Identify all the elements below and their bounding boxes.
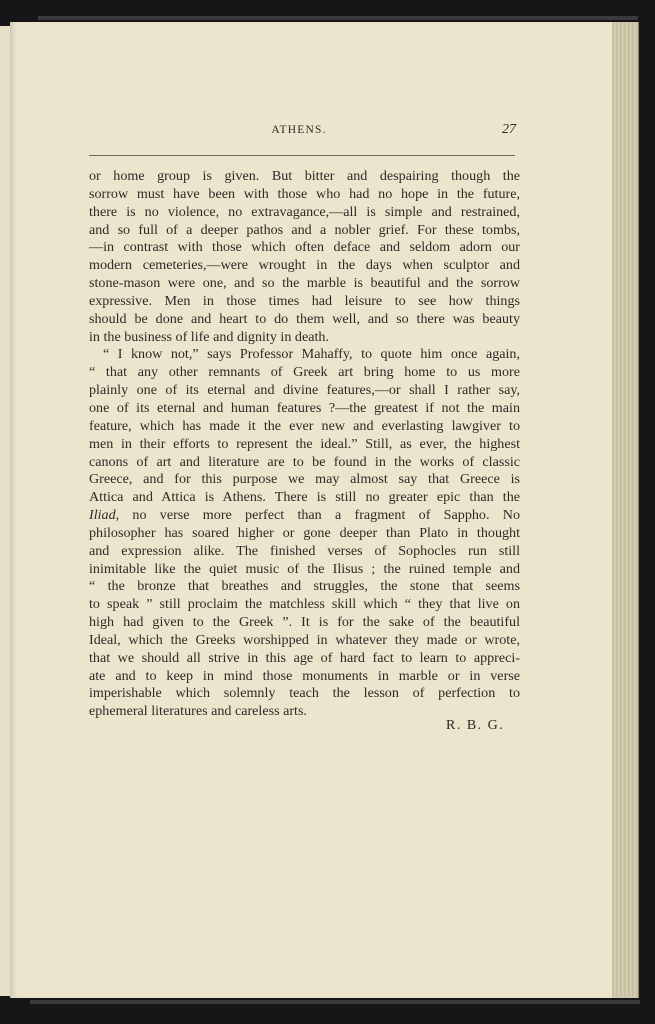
text-line: in the business of life and dignity in d… <box>89 329 520 347</box>
text-line-content: to speak ” still proclaim the matchless … <box>89 596 520 614</box>
cover-bottom-edge <box>30 1000 640 1004</box>
text-line: plainly one of its eternal and divine fe… <box>89 382 520 400</box>
text-line: Attica and Attica is Athens. There is st… <box>89 489 520 507</box>
text-line-content: should be done and heart to do them well… <box>89 311 520 329</box>
text-line-content: expressive. Men in those times had leisu… <box>89 293 520 311</box>
text-line-content: plainly one of its eternal and divine fe… <box>89 382 520 400</box>
text-line-content: in the business of life and dignity in d… <box>89 329 520 347</box>
text-line-content: imperishable which solemnly teach the le… <box>89 685 520 703</box>
text-line-content: and so full of a deeper pathos and a nob… <box>89 222 520 240</box>
text-line: feature, which has made it the ever new … <box>89 418 520 436</box>
text-line: should be done and heart to do them well… <box>89 311 520 329</box>
text-line-content: or home group is given. But bitter and d… <box>89 168 520 186</box>
text-line: there is no violence, no extravagance,—a… <box>89 204 520 222</box>
text-line: Greece, and for this purpose we may almo… <box>89 471 520 489</box>
text-line-content: and expression alike. The finished verse… <box>89 543 520 561</box>
text-line-content: that we should all strive in this age of… <box>89 650 520 668</box>
text-line: stone-mason were one, and so the marble … <box>89 275 520 293</box>
text-line-content: “ the bronze that breathes and struggles… <box>89 578 520 596</box>
text-line: “ that any other remnants of Greek art b… <box>89 364 520 382</box>
text-line: “ the bronze that breathes and struggles… <box>89 578 520 596</box>
text-line-content: stone-mason were one, and so the marble … <box>89 275 520 293</box>
text-line: high had given to the Greek ”. It is for… <box>89 614 520 632</box>
page-stack-fore-edge <box>610 22 639 998</box>
cover-top-edge <box>38 16 638 20</box>
text-line: expressive. Men in those times had leisu… <box>89 293 520 311</box>
text-line: Iliad, no verse more perfect than a frag… <box>89 507 520 525</box>
text-line-content: “ that any other remnants of Greek art b… <box>89 364 520 382</box>
text-line-content: “ I know not,” says Professor Mahaffy, t… <box>103 346 520 364</box>
text-line: ate and to keep in mind those monuments … <box>89 668 520 686</box>
text-line: imperishable which solemnly teach the le… <box>89 685 520 703</box>
text-line-content: Greece, and for this purpose we may almo… <box>89 471 520 489</box>
text-line-content: there is no violence, no extravagance,—a… <box>89 204 520 222</box>
text-line: or home group is given. But bitter and d… <box>89 168 520 186</box>
text-line-content: ate and to keep in mind those monuments … <box>89 668 520 686</box>
text-line-content: men in their efforts to represent the id… <box>89 436 520 454</box>
text-line: to speak ” still proclaim the matchless … <box>89 596 520 614</box>
text-line: and so full of a deeper pathos and a nob… <box>89 222 520 240</box>
text-line-content: modern cemeteries,—were wrought in the d… <box>89 257 520 275</box>
text-line: modern cemeteries,—were wrought in the d… <box>89 257 520 275</box>
author-signature: R. B. G. <box>446 718 504 734</box>
text-line-content: high had given to the Greek ”. It is for… <box>89 614 520 632</box>
text-line: —in contrast with those which often defa… <box>89 239 520 257</box>
text-line-content: feature, which has made it the ever new … <box>89 418 520 436</box>
text-line: Ideal, which the Greeks worshipped in wh… <box>89 632 520 650</box>
text-line: that we should all strive in this age of… <box>89 650 520 668</box>
page-number: 27 <box>502 122 516 138</box>
text-line-content: one of its eternal and human features ?—… <box>89 400 520 418</box>
text-line-content: Ideal, which the Greeks worshipped in wh… <box>89 632 520 650</box>
text-line: men in their efforts to represent the id… <box>89 436 520 454</box>
text-line-content: sorrow must have been with those who had… <box>89 186 520 204</box>
body-text: or home group is given. But bitter and d… <box>89 168 520 721</box>
text-line: one of its eternal and human features ?—… <box>89 400 520 418</box>
text-line-content: Iliad, no verse more perfect than a frag… <box>89 507 520 525</box>
text-line: sorrow must have been with those who had… <box>89 186 520 204</box>
text-remainder: , no verse more perfect than a fragment … <box>116 507 520 523</box>
running-head: ATHENS. 27 <box>80 104 518 154</box>
italic-title: Iliad <box>89 507 116 523</box>
text-line-content: inimitable like the quiet music of the I… <box>89 561 520 579</box>
text-line: “ I know not,” says Professor Mahaffy, t… <box>89 346 520 364</box>
text-line-content: canons of art and literature are to be f… <box>89 454 520 472</box>
text-line-content: —in contrast with those which often defa… <box>89 239 520 257</box>
text-line: philosopher has soared higher or gone de… <box>89 525 520 543</box>
text-line: canons of art and literature are to be f… <box>89 454 520 472</box>
text-line-content: philosopher has soared higher or gone de… <box>89 525 520 543</box>
text-line: inimitable like the quiet music of the I… <box>89 561 520 579</box>
running-title: ATHENS. <box>80 124 518 136</box>
text-line-content: Attica and Attica is Athens. There is st… <box>89 489 520 507</box>
text-line: and expression alike. The finished verse… <box>89 543 520 561</box>
header-rule-divider <box>89 155 515 156</box>
